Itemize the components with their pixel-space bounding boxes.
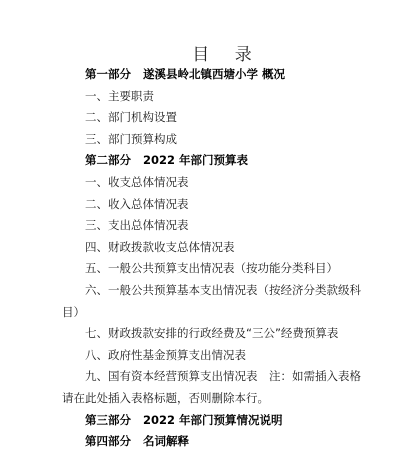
part-label: 第一部分 xyxy=(85,67,131,81)
part-title: 名词解释 xyxy=(143,434,189,448)
toc-item[interactable]: 三、支出总体情况表 xyxy=(62,215,362,237)
toc-item[interactable]: 三、部门预算构成 xyxy=(62,129,362,151)
toc-item[interactable]: 四、财政拨款收支总体情况表 xyxy=(62,237,362,259)
table-of-contents: 第一部分遂溪县岭北镇西塘小学 概况 一、主要职责 二、部门机构设置 三、部门预算… xyxy=(62,64,362,453)
toc-item[interactable]: 五、一般公共预算支出情况表（按功能分类科目） xyxy=(62,258,362,280)
part-label: 第二部分 xyxy=(85,153,131,167)
toc-part-4[interactable]: 第四部分名词解释 xyxy=(62,431,362,453)
toc-item[interactable]: 一、主要职责 xyxy=(62,86,362,108)
toc-part-2[interactable]: 第二部分2022 年部门预算表 xyxy=(62,150,362,172)
toc-item[interactable]: 二、收入总体情况表 xyxy=(62,194,362,216)
part-title: 遂溪县岭北镇西塘小学 概况 xyxy=(143,67,285,81)
part-label: 第三部分 xyxy=(85,413,131,427)
toc-item[interactable]: 二、部门机构设置 xyxy=(62,107,362,129)
part-label: 第四部分 xyxy=(85,434,131,448)
toc-item[interactable]: 六、一般公共预算基本支出情况表（按经济分类款级科目） xyxy=(62,280,362,323)
part-title: 2022 年部门预算情况说明 xyxy=(143,413,283,427)
toc-part-1[interactable]: 第一部分遂溪县岭北镇西塘小学 概况 xyxy=(62,64,362,86)
toc-item-with-note[interactable]: 九、国有资本经营预算支出情况表 注：如需插入表格请在此处插入表格标题，否则删除本… xyxy=(62,366,362,409)
part-title: 2022 年部门预算表 xyxy=(143,153,248,167)
toc-part-3[interactable]: 第三部分2022 年部门预算情况说明 xyxy=(62,410,362,432)
toc-item[interactable]: 八、政府性基金预算支出情况表 xyxy=(62,345,362,367)
toc-item[interactable]: 七、财政拨款安排的行政经费及“三公”经费预算表 xyxy=(62,323,362,345)
toc-title: 目 录 xyxy=(62,40,392,65)
toc-item[interactable]: 一、收支总体情况表 xyxy=(62,172,362,194)
